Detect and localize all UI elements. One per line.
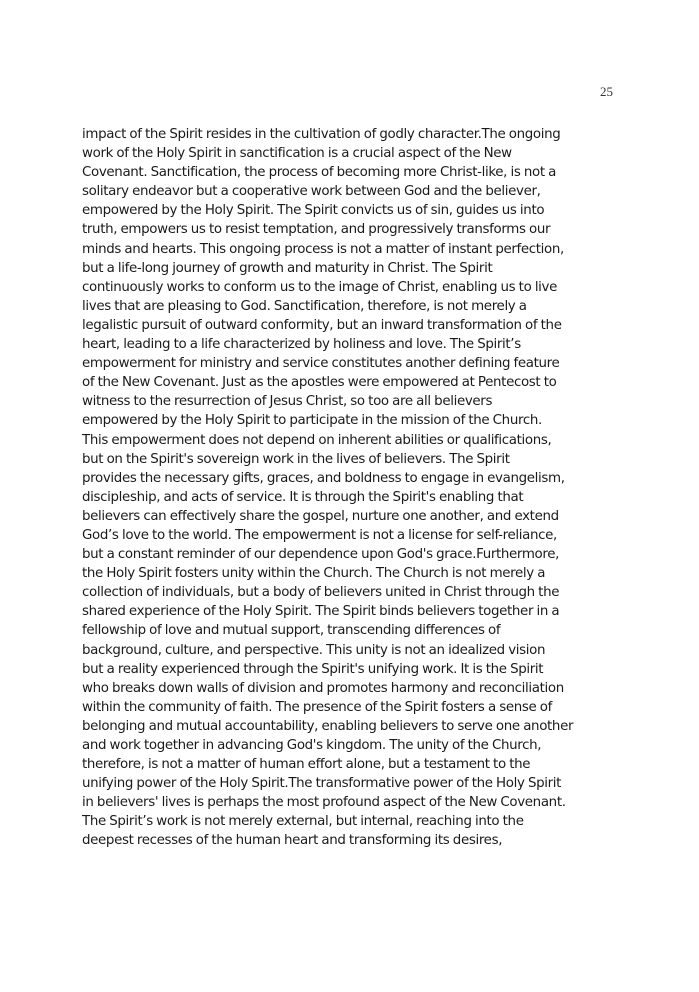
text-line: collection of individuals, but a body of… — [82, 583, 642, 602]
text-line: but a constant reminder of our dependenc… — [82, 545, 642, 564]
text-line: in believers' lives is perhaps the most … — [82, 793, 642, 812]
text-line: heart, leading to a life characterized b… — [82, 335, 642, 354]
text-line: discipleship, and acts of service. It is… — [82, 488, 642, 507]
text-line: believers can effectively share the gosp… — [82, 507, 642, 526]
text-line: lives that are pleasing to God. Sanctifi… — [82, 297, 642, 316]
text-line: but a life-long journey of growth and ma… — [82, 259, 642, 278]
text-line: but on the Spirit's sovereign work in th… — [82, 450, 642, 469]
text-line: minds and hearts. This ongoing process i… — [82, 240, 642, 259]
text-line: the Holy Spirit fosters unity within the… — [82, 564, 642, 583]
text-line: impact of the Spirit resides in the cult… — [82, 125, 642, 144]
text-line: fellowship of love and mutual support, t… — [82, 621, 642, 640]
text-line: within the community of faith. The prese… — [82, 698, 642, 717]
text-line: but a reality experienced through the Sp… — [82, 660, 642, 679]
text-line: of the New Covenant. Just as the apostle… — [82, 373, 642, 392]
text-line: Covenant. Sanctification, the process of… — [82, 163, 642, 182]
text-line: empowered by the Holy Spirit. The Spirit… — [82, 201, 642, 220]
text-line: legalistic pursuit of outward conformity… — [82, 316, 642, 335]
body-paragraph: impact of the Spirit resides in the cult… — [82, 125, 642, 851]
text-line: work of the Holy Spirit in sanctificatio… — [82, 144, 642, 163]
text-line: deepest recesses of the human heart and … — [82, 831, 642, 850]
text-line: therefore, is not a matter of human effo… — [82, 755, 642, 774]
text-line: and work together in advancing God's kin… — [82, 736, 642, 755]
text-line: background, culture, and perspective. Th… — [82, 641, 642, 660]
page-number: 25 — [600, 84, 613, 100]
text-line: empowered by the Holy Spirit to particip… — [82, 411, 642, 430]
text-line: This empowerment does not depend on inhe… — [82, 431, 642, 450]
text-line: truth, empowers us to resist temptation,… — [82, 220, 642, 239]
text-line: God’s love to the world. The empowerment… — [82, 526, 642, 545]
text-line: unifying power of the Holy Spirit.The tr… — [82, 774, 642, 793]
text-line: empowerment for ministry and service con… — [82, 354, 642, 373]
text-line: provides the necessary gifts, graces, an… — [82, 469, 642, 488]
text-line: The Spirit’s work is not merely external… — [82, 812, 642, 831]
text-line: witness to the resurrection of Jesus Chr… — [82, 392, 642, 411]
text-line: belonging and mutual accountability, ena… — [82, 717, 642, 736]
text-line: solitary endeavor but a cooperative work… — [82, 182, 642, 201]
text-line: who breaks down walls of division and pr… — [82, 679, 642, 698]
text-line: continuously works to conform us to the … — [82, 278, 642, 297]
document-page: 25 impact of the Spirit resides in the c… — [0, 0, 699, 992]
text-line: shared experience of the Holy Spirit. Th… — [82, 602, 642, 621]
